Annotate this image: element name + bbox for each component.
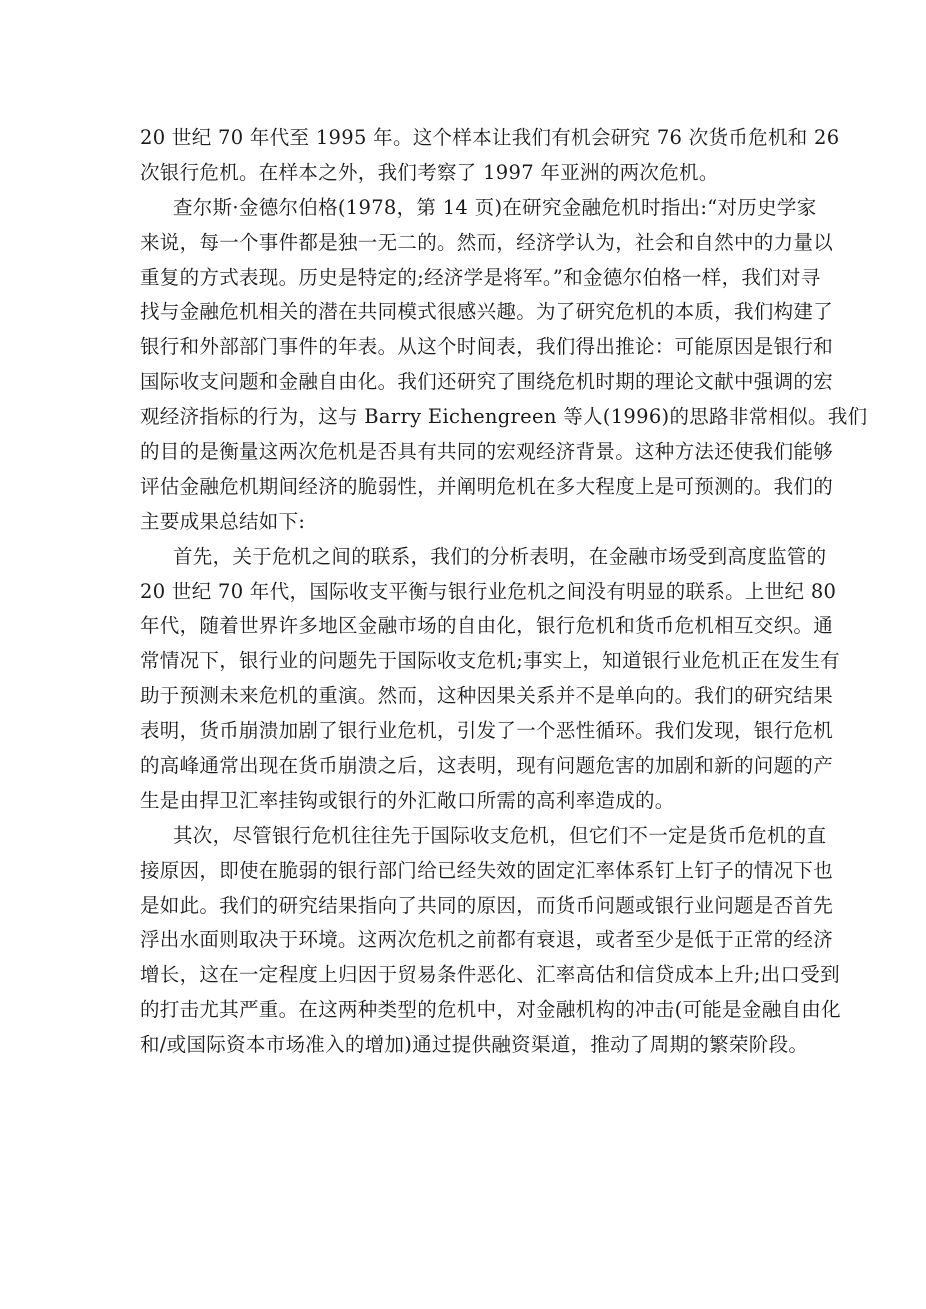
text-line: 首先，关于危机之间的联系，我们的分析表明，在金融市场受到高度监管的 [140,540,800,575]
paragraph-kindleberger-quote: 查尔斯·金德尔伯格(1978，第 14 页)在研究金融危机时指出:“对历史学家 … [140,191,800,540]
paragraph-first-finding: 首先，关于危机之间的联系，我们的分析表明，在金融市场受到高度监管的 20 世纪 … [140,540,800,819]
text-line: 主要成果总结如下: [140,505,800,540]
text-line: 其次，尽管银行危机往往先于国际收支危机，但它们不一定是货币危机的直 [140,819,800,854]
paragraph-sample-period: 20 世纪 70 年代至 1995 年。这个样本让我们有机会研究 76 次货币危… [140,121,800,191]
text-line: 观经济指标的行为，这与 Barry Eichengreen 等人(1996)的思… [140,400,800,435]
text-line: 评估金融危机期间经济的脆弱性，并阐明危机在多大程度上是可预测的。我们的 [140,470,800,505]
text-line: 银行和外部部门事件的年表。从这个时间表，我们得出推论：可能原因是银行和 [140,330,800,365]
text-line: 次银行危机。在样本之外，我们考察了 1997 年亚洲的两次危机。 [140,156,800,191]
document-page: 20 世纪 70 年代至 1995 年。这个样本让我们有机会研究 76 次货币危… [0,0,926,1309]
text-line: 是如此。我们的研究结果指向了共同的原因，而货币问题或银行业问题是否首先 [140,889,800,924]
text-line: 的打击尤其严重。在这两种类型的危机中，对金融机构的冲击(可能是金融自由化 [140,993,800,1028]
text-line: 国际收支问题和金融自由化。我们还研究了围绕危机时期的理论文献中强调的宏 [140,365,800,400]
text-line: 浮出水面则取决于环境。这两次危机之前都有衰退，或者至少是低于正常的经济 [140,923,800,958]
text-line: 年代，随着世界许多地区金融市场的自由化，银行危机和货币危机相互交织。通 [140,609,800,644]
text-line: 来说，每一个事件都是独一无二的。然而，经济学认为，社会和自然中的力量以 [140,226,800,261]
text-line: 20 世纪 70 年代，国际收支平衡与银行业危机之间没有明显的联系。上世纪 80 [140,575,800,610]
text-line: 找与金融危机相关的潜在共同模式很感兴趣。为了研究危机的本质，我们构建了 [140,295,800,330]
text-line: 表明，货币崩溃加剧了银行业危机，引发了一个恶性循环。我们发现，银行危机 [140,714,800,749]
document-body: 20 世纪 70 年代至 1995 年。这个样本让我们有机会研究 76 次货币危… [140,121,800,1063]
paragraph-second-finding: 其次，尽管银行危机往往先于国际收支危机，但它们不一定是货币危机的直 接原因，即使… [140,819,800,1063]
text-line: 增长，这在一定程度上归因于贸易条件恶化、汇率高估和信贷成本上升;出口受到 [140,958,800,993]
text-line: 接原因，即使在脆弱的银行部门给已经失效的固定汇率体系钉上钉子的情况下也 [140,854,800,889]
text-line: 的目的是衡量这两次危机是否具有共同的宏观经济背景。这种方法还使我们能够 [140,435,800,470]
text-line: 助于预测未来危机的重演。然而，这种因果关系并不是单向的。我们的研究结果 [140,679,800,714]
text-line: 和/或国际资本市场准入的增加)通过提供融资渠道，推动了周期的繁荣阶段。 [140,1028,800,1063]
text-line: 重复的方式表现。历史是特定的;经济学是将军。”和金德尔伯格一样，我们对寻 [140,261,800,296]
text-line: 常情况下，银行业的问题先于国际收支危机;事实上，知道银行业危机正在发生有 [140,644,800,679]
text-line: 查尔斯·金德尔伯格(1978，第 14 页)在研究金融危机时指出:“对历史学家 [140,191,800,226]
text-line: 的高峰通常出现在货币崩溃之后，这表明，现有问题危害的加剧和新的问题的产 [140,749,800,784]
text-line: 20 世纪 70 年代至 1995 年。这个样本让我们有机会研究 76 次货币危… [140,121,800,156]
text-line: 生是由捍卫汇率挂钩或银行的外汇敞口所需的高利率造成的。 [140,784,800,819]
